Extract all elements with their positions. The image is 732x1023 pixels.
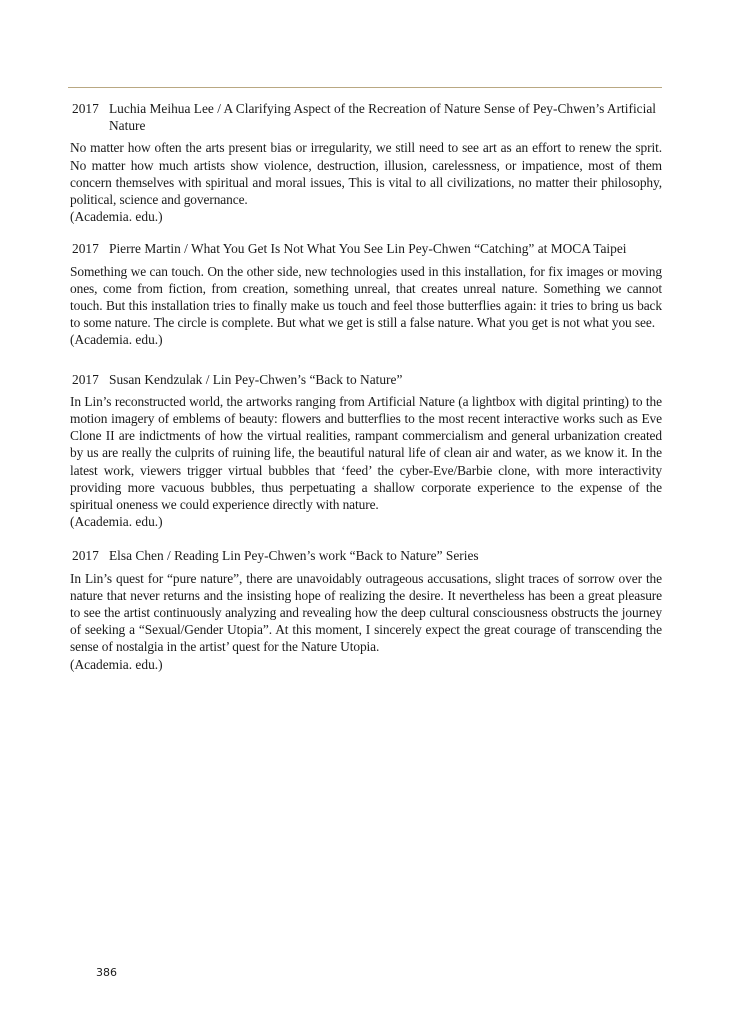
entry-title: Luchia Meihua Lee / A Clarifying Aspect …	[109, 100, 662, 134]
entry-heading: 2017 Luchia Meihua Lee / A Clarifying As…	[72, 100, 662, 134]
entry-source: (Academia. edu.)	[70, 656, 662, 673]
entry-body: No matter how often the arts present bia…	[70, 139, 662, 208]
entry-heading: 2017 Susan Kendzulak / Lin Pey-Chwen’s “…	[72, 371, 662, 388]
entry-title: Pierre Martin / What You Get Is Not What…	[109, 240, 662, 257]
reference-entry: 2017 Luchia Meihua Lee / A Clarifying As…	[70, 100, 662, 225]
entry-source: (Academia. edu.)	[70, 208, 662, 225]
reference-entry: 2017 Elsa Chen / Reading Lin Pey-Chwen’s…	[70, 547, 662, 672]
reference-entry: 2017 Susan Kendzulak / Lin Pey-Chwen’s “…	[70, 371, 662, 531]
entry-title: Elsa Chen / Reading Lin Pey-Chwen’s work…	[109, 547, 662, 564]
references-list: 2017 Luchia Meihua Lee / A Clarifying As…	[70, 100, 662, 673]
entry-source: (Academia. edu.)	[70, 331, 662, 348]
reference-entry: 2017 Pierre Martin / What You Get Is Not…	[70, 240, 662, 348]
entry-body: In Lin’s quest for “pure nature”, there …	[70, 570, 662, 656]
entry-source: (Academia. edu.)	[70, 513, 662, 530]
document-page: 2017 Luchia Meihua Lee / A Clarifying As…	[0, 0, 732, 1023]
entry-title: Susan Kendzulak / Lin Pey-Chwen’s “Back …	[109, 371, 662, 388]
page-number: 386	[96, 966, 117, 979]
entry-year: 2017	[72, 371, 109, 388]
entry-heading: 2017 Elsa Chen / Reading Lin Pey-Chwen’s…	[72, 547, 662, 564]
header-rule	[68, 87, 662, 88]
entry-body: Something we can touch. On the other sid…	[70, 263, 662, 332]
entry-year: 2017	[72, 100, 109, 134]
entry-year: 2017	[72, 547, 109, 564]
entry-year: 2017	[72, 240, 109, 257]
entry-heading: 2017 Pierre Martin / What You Get Is Not…	[72, 240, 662, 257]
entry-body: In Lin’s reconstructed world, the artwor…	[70, 393, 662, 513]
